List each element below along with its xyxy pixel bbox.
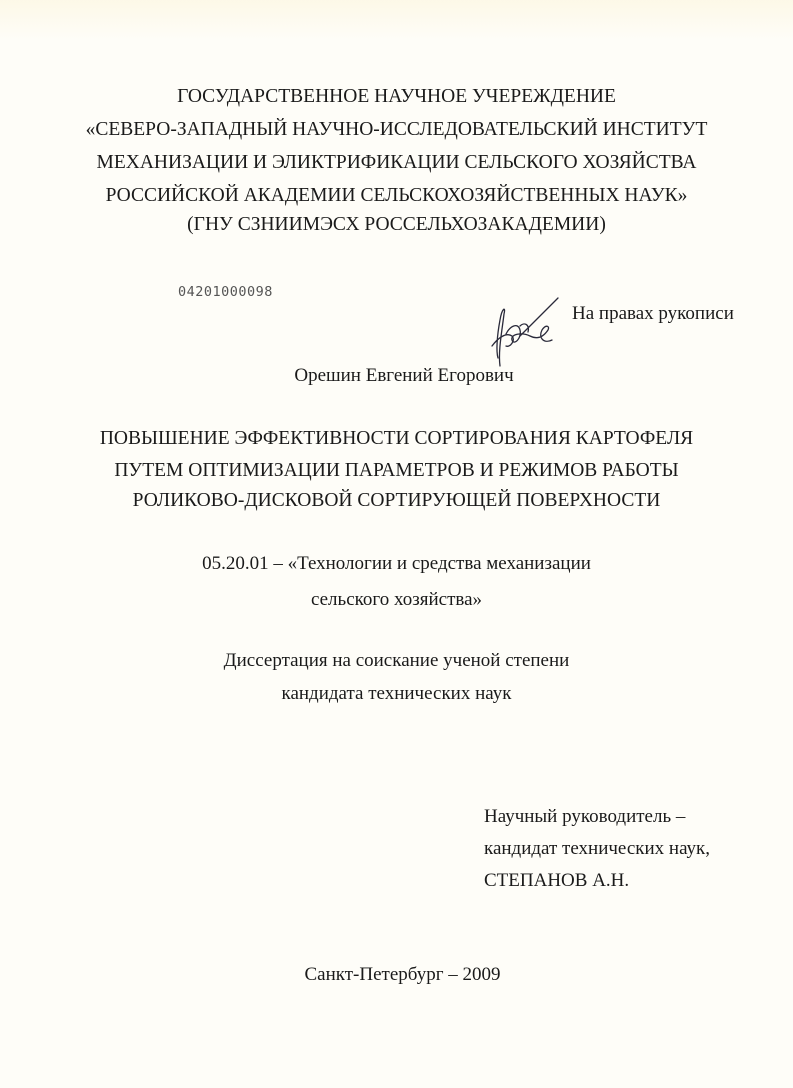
advisor-line-2: кандидат технических наук, xyxy=(484,838,710,860)
city-year: Санкт-Петербург – 2009 xyxy=(0,964,793,986)
library-stamp-number: 04201000098 xyxy=(178,284,273,300)
organization-line-2: «СЕВЕРО-ЗАПАДНЫЙ НАУЧНО-ИССЛЕДОВАТЕЛЬСКИ… xyxy=(0,119,793,141)
signature-icon xyxy=(462,296,572,371)
author-name: Орешин Евгений Егорович xyxy=(0,365,793,387)
rights-note: На правах рукописи xyxy=(572,303,734,325)
organization-line-1: ГОСУДАРСТВЕННОЕ НАУЧНОЕ УЧЕРЕЖДЕНИЕ xyxy=(0,86,793,108)
organization-line-3: МЕХАНИЗАЦИИ И ЭЛИКТРИФИКАЦИИ СЕЛЬСКОГО Х… xyxy=(0,152,793,174)
advisor-name: СТЕПАНОВ А.Н. xyxy=(484,870,629,892)
organization-line-4: РОССИЙСКОЙ АКАДЕМИИ СЕЛЬСКОХОЗЯЙСТВЕННЫХ… xyxy=(0,185,793,207)
degree-line-1: Диссертация на соискание ученой степени xyxy=(0,650,793,672)
thesis-title-line-3: РОЛИКОВО-ДИСКОВОЙ СОРТИРУЮЩЕЙ ПОВЕРХНОСТ… xyxy=(0,490,793,512)
specialty-line-1: 05.20.01 – «Технологии и средства механи… xyxy=(0,553,793,575)
degree-line-2: кандидата технических наук xyxy=(0,683,793,705)
advisor-line-1: Научный руководитель – xyxy=(484,806,685,828)
thesis-title-line-1: ПОВЫШЕНИЕ ЭФФЕКТИВНОСТИ СОРТИРОВАНИЯ КАР… xyxy=(0,428,793,450)
thesis-title-line-2: ПУТЕМ ОПТИМИЗАЦИИ ПАРАМЕТРОВ И РЕЖИМОВ Р… xyxy=(0,460,793,482)
specialty-line-2: сельского хозяйства» xyxy=(0,589,793,611)
organization-line-5: (ГНУ СЗНИИМЭСХ РОССЕЛЬХОЗАКАДЕМИИ) xyxy=(0,214,793,236)
document-page: ГОСУДАРСТВЕННОЕ НАУЧНОЕ УЧЕРЕЖДЕНИЕ «СЕВ… xyxy=(0,0,793,1088)
